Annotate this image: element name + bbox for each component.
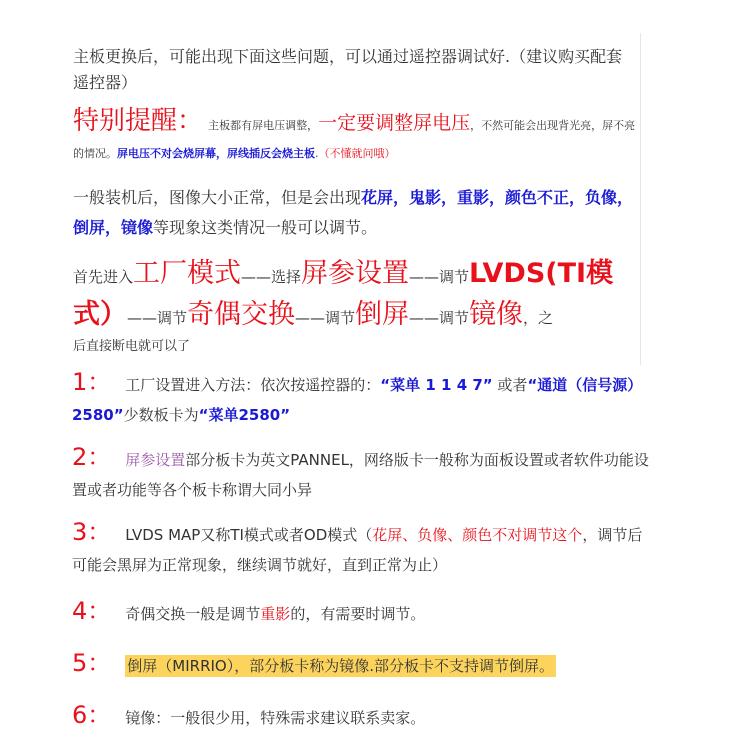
intro-text: 主板更换后，可能出现下面这些问题，可以通过遥控器调试好.（建议购买配套遥控器） — [73, 44, 638, 96]
item-text: LVDS MAP又称TI模式或者OD模式（ — [125, 526, 372, 544]
list-item-3: 3：LVDS MAP又称TI模式或者OD模式（花屏、负像、颜色不对调节这个，调节… — [72, 517, 652, 580]
step-flip-screen: 倒屏 — [355, 299, 409, 330]
warning-note: （不懂就问哦） — [319, 147, 396, 160]
item-text: 镜像：一般很少用，特殊需求建议联系卖家。 — [125, 709, 425, 727]
step-panel-settings: 屏参设置 — [301, 258, 409, 289]
list-item-5: 5：倒屏（MIRRIO），部分板卡称为镜像.部分板卡不支持调节倒屏。 — [72, 648, 652, 681]
item-red-text: 花屏、负像、颜色不对调节这个 — [372, 526, 582, 544]
steps-tail-1: ，之 — [523, 309, 553, 327]
warning-title: 特别提醒： — [73, 106, 203, 136]
symptoms-paragraph: 一般装机后，图像大小正常，但是会出现花屏，鬼影，重影，颜色不正，负像，倒屏，镜像… — [73, 183, 638, 243]
item-red-text: 重影 — [260, 605, 290, 623]
list-item-1: 1：工厂设置进入方法：依次按遥控器的：“菜单 1 1 4 7” 或者“通道（信号… — [72, 367, 652, 430]
step-2-prefix: ——选择 — [241, 268, 301, 286]
symptoms-suffix: 等现象这类情况一般可以调节。 — [153, 218, 377, 237]
step-1-prefix: 首先进入 — [73, 268, 133, 286]
item-highlighted-text: 倒屏（MIRRIO），部分板卡称为镜像.部分板卡不支持调节倒屏。 — [125, 655, 556, 677]
item-number: 3： — [72, 518, 111, 546]
item-purple-text: 屏参设置 — [125, 451, 185, 469]
item-text: 工厂设置进入方法：依次按遥控器的： — [125, 376, 380, 394]
step-mirror: 镜像 — [469, 299, 523, 330]
step-4-prefix: ——调节 — [127, 309, 187, 327]
step-6-prefix: ——调节 — [409, 309, 469, 327]
item-text: 的，有需要时调节。 — [290, 605, 425, 623]
special-warning: 特别提醒： 主板都有屏电压调整，一定要调整屏电压，不然可能会出现背光亮，屏不亮的… — [73, 108, 638, 167]
list-item-4: 4：奇偶交换一般是调节重影的，有需要时调节。 — [72, 596, 652, 629]
item-text: 或者 — [493, 376, 528, 394]
warning-blue-text: 屏电压不对会烧屏幕，屏线插反会烧主板 — [117, 147, 315, 160]
intro-paragraph: 主板更换后，可能出现下面这些问题，可以通过遥控器调试好.（建议购买配套遥控器） — [73, 44, 638, 96]
item-number: 2： — [72, 443, 111, 471]
item-text: 奇偶交换一般是调节 — [125, 605, 260, 623]
steps-tail-2: 后直接断电就可以了 — [73, 337, 638, 357]
item-text: 少数板卡为 — [124, 406, 199, 424]
item-number: 5： — [72, 649, 111, 677]
step-3-prefix: ——调节 — [409, 268, 469, 286]
step-5-prefix: ——调节 — [295, 309, 355, 327]
item-blue-text: “菜单2580” — [199, 406, 290, 424]
warning-text-1: 主板都有屏电压调整， — [208, 119, 318, 132]
step-odd-even-swap: 奇偶交换 — [187, 299, 295, 330]
item-blue-text: “菜单 1 1 4 7” — [380, 376, 492, 394]
steps-paragraph: 首先进入工厂模式——选择屏参设置——调节LVDS(TI模式）——调节奇偶交换——… — [73, 255, 638, 357]
step-factory-mode: 工厂模式 — [133, 258, 241, 289]
section-divider — [640, 33, 641, 365]
list-item-6: 6：镜像：一般很少用，特殊需求建议联系卖家。 — [72, 700, 652, 733]
symptoms-prefix: 一般装机后，图像大小正常，但是会出现 — [73, 188, 361, 207]
item-number: 1： — [72, 368, 111, 396]
item-number: 6： — [72, 701, 111, 729]
item-number: 4： — [72, 597, 111, 625]
warning-emphasis: 一定要调整屏电压 — [318, 112, 470, 134]
list-item-2: 2：屏参设置部分板卡为英文PANNEL，网络版卡一般称为面板设置或者软件功能设置… — [72, 442, 652, 505]
